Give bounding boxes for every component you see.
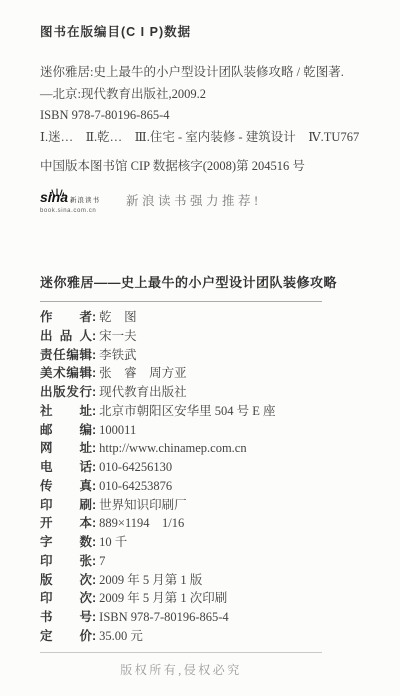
detail-label: 责任编辑 [40,346,92,365]
detail-colon: : [92,627,96,646]
detail-row: 责任编辑:李铁武 [40,346,364,365]
detail-value: ISBN 978-7-80196-865-4 [99,608,229,627]
detail-colon: : [92,327,96,346]
detail-colon: : [92,402,96,421]
detail-colon: : [92,514,96,533]
detail-row: 美术编辑:张 睿 周方亚 [40,364,364,383]
cip-record-number: 中国版本图书馆 CIP 数据核字(2008)第 204516 号 [40,157,364,175]
detail-colon: : [92,477,96,496]
detail-row: 出 品 人:宋一夫 [40,327,364,346]
detail-value: http://www.chinamep.com.cn [99,439,246,458]
detail-value: 现代教育出版社 [99,383,187,402]
detail-value: 010-64256130 [99,458,172,477]
detail-label: 书 号 [40,608,92,627]
cip-entry-line3: ISBN 978-7-80196-865-4 [40,105,364,127]
detail-value: 李铁武 [99,346,137,365]
detail-colon: : [92,383,96,402]
detail-row: 开 本:889×1194 1/16 [40,514,364,533]
sina-eye-icon [50,183,64,201]
detail-colon: : [92,346,96,365]
detail-label: 邮 编 [40,421,92,440]
detail-row: 书 号:ISBN 978-7-80196-865-4 [40,608,364,627]
detail-colon: : [92,589,96,608]
detail-label: 电 话 [40,458,92,477]
detail-value: 2009 年 5 月第 1 版 [99,571,202,590]
detail-label: 开 本 [40,514,92,533]
sina-logo: sina 新浪读书 book.sina.com.cn [40,186,100,214]
detail-label: 出 品 人 [40,327,92,346]
detail-label: 印 刷 [40,496,92,515]
sina-logo-text-row: sina 新浪读书 [40,191,100,207]
cip-entry-line2: —北京:现代教育出版社,2009.2 [40,84,364,106]
detail-row: 定 价:35.00 元 [40,627,364,646]
detail-colon: : [92,552,96,571]
cip-entry-block: 迷你雅居:史上最牛的小户型设计团队装修攻略 / 乾图著. —北京:现代教育出版社… [40,62,364,148]
detail-row: 网 址:http://www.chinamep.com.cn [40,439,364,458]
detail-colon: : [92,608,96,627]
cip-header: 图书在版编目(C I P)数据 [40,24,364,40]
detail-value: 宋一夫 [99,327,137,346]
detail-colon: : [92,496,96,515]
detail-row: 出版发行:现代教育出版社 [40,383,364,402]
title-divider [40,301,322,302]
detail-value: 35.00 元 [99,627,143,646]
detail-value: 世界知识印刷厂 [99,496,187,515]
detail-row: 电 话:010-64256130 [40,458,364,477]
book-title: 迷你雅居——史上最牛的小户型设计团队装修攻略 [40,273,364,292]
detail-row: 版 次:2009 年 5 月第 1 版 [40,571,364,590]
detail-value: 2009 年 5 月第 1 次印刷 [99,589,227,608]
detail-value: 010-64253876 [99,477,172,496]
detail-value: 10 千 [99,533,127,552]
detail-label: 作 者 [40,308,92,327]
detail-row: 字 数:10 千 [40,533,364,552]
detail-value: 乾 图 [99,308,137,327]
detail-label: 印 次 [40,589,92,608]
detail-label: 字 数 [40,533,92,552]
copyright-page: 图书在版编目(C I P)数据 迷你雅居:史上最牛的小户型设计团队装修攻略 / … [0,24,400,678]
detail-colon: : [92,533,96,552]
detail-colon: : [92,571,96,590]
cip-entry-line4: Ⅰ.迷… Ⅱ.乾… Ⅲ.住宅 - 室内装修 - 建筑设计 Ⅳ.TU767 [40,127,364,149]
detail-colon: : [92,439,96,458]
detail-label: 印 张 [40,552,92,571]
detail-label: 定 价 [40,627,92,646]
cip-entry-line1: 迷你雅居:史上最牛的小户型设计团队装修攻略 / 乾图著. [40,62,364,84]
detail-row: 印 张:7 [40,552,364,571]
detail-label: 出版发行 [40,383,92,402]
detail-row: 社 址:北京市朝阳区安华里 504 号 E 座 [40,402,364,421]
publication-details-list: 作 者:乾 图 出 品 人:宋一夫 责任编辑:李铁武 美术编辑:张 睿 周方亚 … [40,308,364,646]
detail-label: 传 真 [40,477,92,496]
sina-promo-block: sina 新浪读书 book.sina.com.cn 新浪读书强力推荐! [40,187,364,213]
detail-value: 北京市朝阳区安华里 504 号 E 座 [99,402,275,421]
detail-label: 社 址 [40,402,92,421]
detail-label: 版 次 [40,571,92,590]
detail-colon: : [92,308,96,327]
detail-label: 网 址 [40,439,92,458]
detail-row: 邮 编:100011 [40,421,364,440]
promo-slogan: 新浪读书强力推荐! [126,191,262,209]
sina-books-label: 新浪读书 [70,194,100,207]
footer-divider [40,652,322,653]
detail-colon: : [92,421,96,440]
detail-value: 889×1194 1/16 [99,514,184,533]
detail-value: 7 [99,552,105,571]
detail-colon: : [92,458,96,477]
detail-label: 美术编辑 [40,364,92,383]
detail-row: 传 真:010-64253876 [40,477,364,496]
detail-colon: : [92,364,96,383]
detail-row: 印 刷:世界知识印刷厂 [40,496,364,515]
detail-value: 100011 [99,421,136,440]
detail-row: 印 次:2009 年 5 月第 1 次印刷 [40,589,364,608]
detail-row: 作 者:乾 图 [40,308,364,327]
copyright-notice: 版权所有,侵权必究 [40,662,322,678]
detail-value: 张 睿 周方亚 [99,364,187,383]
sina-books-url: book.sina.com.cn [40,208,100,214]
